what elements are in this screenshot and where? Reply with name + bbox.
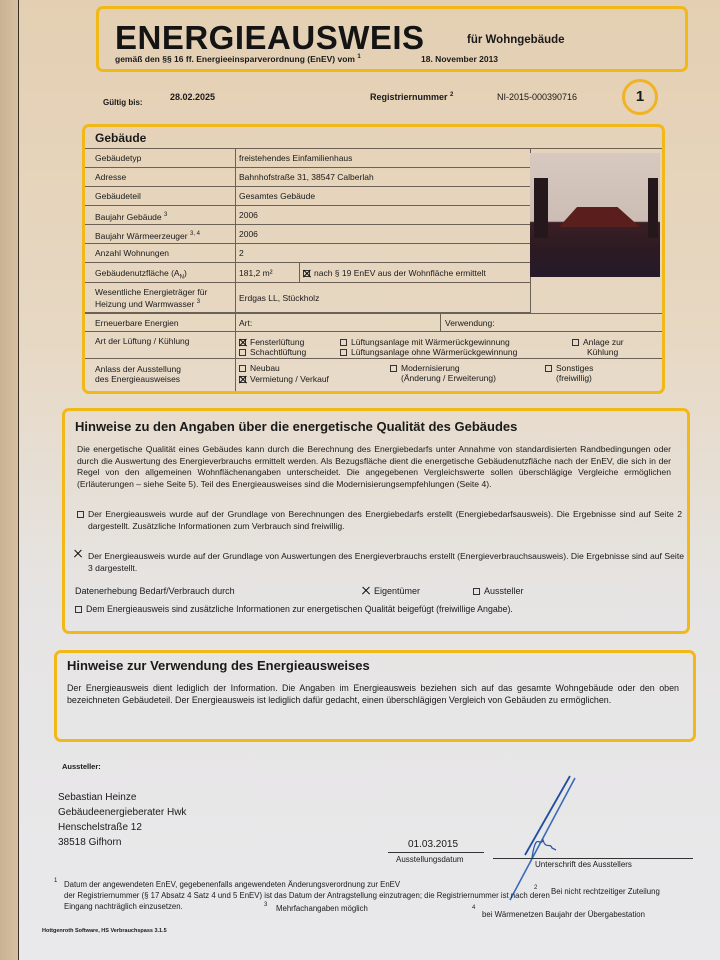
checkbox[interactable] [239, 365, 246, 372]
registration-number: NI-2015-000390716 [497, 92, 577, 102]
table-row: Baujahr Wärmeerzeuger 3, 42006 [85, 225, 530, 244]
usage-notes-text: Der Energieausweis dient lediglich der I… [67, 683, 679, 706]
footnote-3: Mehrfachangaben möglich [276, 903, 368, 914]
binder-edge [0, 0, 18, 960]
table-row: Wesentliche Energieträger fürHeizung und… [85, 283, 530, 313]
signature-label: Unterschrift des Ausstellers [535, 860, 632, 869]
table-row: AdresseBahnhofstraße 31, 38547 Calberlah [85, 168, 530, 187]
table-row: Gebäudenutzfläche (AN) 181,2 m² nach § 1… [85, 263, 530, 283]
checkbox-checked[interactable] [239, 339, 246, 346]
demand-certificate-option: Der Energieausweis wurde auf der Grundla… [77, 509, 682, 532]
document-subtitle: für Wohngebäude [467, 34, 565, 46]
checkbox-checked[interactable] [303, 270, 310, 277]
checkbox[interactable] [77, 511, 84, 518]
checkbox-checked[interactable] [75, 551, 84, 560]
issue-date: 01.03.2015 [408, 839, 458, 850]
issue-date-label: Ausstellungsdatum [396, 855, 464, 864]
table-row: Baujahr Gebäude 32006 [85, 206, 530, 225]
valid-until-label: Gültig bis: [103, 98, 143, 107]
registration-label: Registriernummer 2 [370, 92, 453, 102]
area-method-note: nach § 19 EnEV aus der Wohnfläche ermitt… [303, 263, 486, 283]
footnote-2-end: Eingang nachträglich einzusetzen. [64, 901, 183, 912]
usage-notes-title: Hinweise zur Verwendung des Energieauswe… [67, 658, 370, 673]
data-collection-label: Datenerhebung Bedarf/Verbrauch durch [75, 586, 235, 596]
consumption-certificate-option: Der Energieausweis wurde auf der Grundla… [75, 551, 684, 574]
footnote-2-head: Bei nicht rechtzeitiger Zuteilung [551, 886, 660, 897]
quality-notes-section: Hinweise zu den Angaben über die energet… [62, 408, 690, 634]
issuer-label: Aussteller: [62, 762, 101, 771]
checkbox[interactable] [340, 349, 347, 356]
quality-notes-title: Hinweise zu den Angaben über die energet… [75, 419, 517, 434]
checkbox-owner[interactable] [363, 588, 370, 595]
checkbox[interactable] [390, 365, 397, 372]
table-row: Anzahl Wohnungen2 [85, 244, 530, 263]
law-reference: gemäß den §§ 16 ff. Energieeinsparverord… [115, 54, 361, 64]
building-photo [530, 153, 660, 277]
footnote-2-text: der Registriernummer (§ 17 Absatz 4 Satz… [64, 890, 550, 901]
issuer-name: Sebastian Heinze [58, 790, 186, 805]
checkbox[interactable] [340, 339, 347, 346]
checkbox-checked[interactable] [239, 376, 246, 383]
checkbox-issuer[interactable] [473, 588, 480, 595]
software-credit: Hottgenroth Software, HS Verbrauchspass … [42, 926, 167, 937]
header-box: ENERGIEAUSWEIS für Wohngebäude gemäß den… [96, 6, 688, 72]
page-number-badge: 1 [622, 79, 658, 115]
usage-notes-section: Hinweise zur Verwendung des Energieauswe… [54, 650, 696, 742]
footnote-1: Datum der angewendeten EnEV, gegebenenfa… [64, 879, 400, 890]
document-title: ENERGIEAUSWEIS [115, 19, 425, 57]
quality-notes-intro: Die energetische Qualität eines Gebäudes… [77, 444, 671, 490]
issuer-title: Gebäudeenergieberater Hwk [58, 805, 186, 820]
issuer-city: 38518 Gifhorn [58, 835, 186, 850]
building-section: Gebäude Gebäudetypfreistehendes Einfamil… [82, 124, 665, 394]
valid-until-value: 28.02.2025 [170, 92, 215, 102]
checkbox[interactable] [545, 365, 552, 372]
issuer-address: Sebastian Heinze Gebäudeenergieberater H… [58, 790, 186, 850]
building-section-title: Gebäude [85, 127, 662, 149]
table-row: GebäudeteilGesamtes Gebäude [85, 187, 530, 206]
checkbox[interactable] [572, 339, 579, 346]
footnote-4: bei Wärmenetzen Baujahr der Übergabestat… [482, 909, 645, 920]
law-date: 18. November 2013 [421, 54, 498, 64]
table-row: Gebäudetypfreistehendes Einfamilienhaus [85, 149, 530, 168]
checkbox[interactable] [239, 349, 246, 356]
renewable-energy-row: Erneuerbare Energien Art: Verwendung: [85, 313, 662, 332]
checkbox-additional-info[interactable] [75, 606, 82, 613]
issuer-street: Henschelstraße 12 [58, 820, 186, 835]
